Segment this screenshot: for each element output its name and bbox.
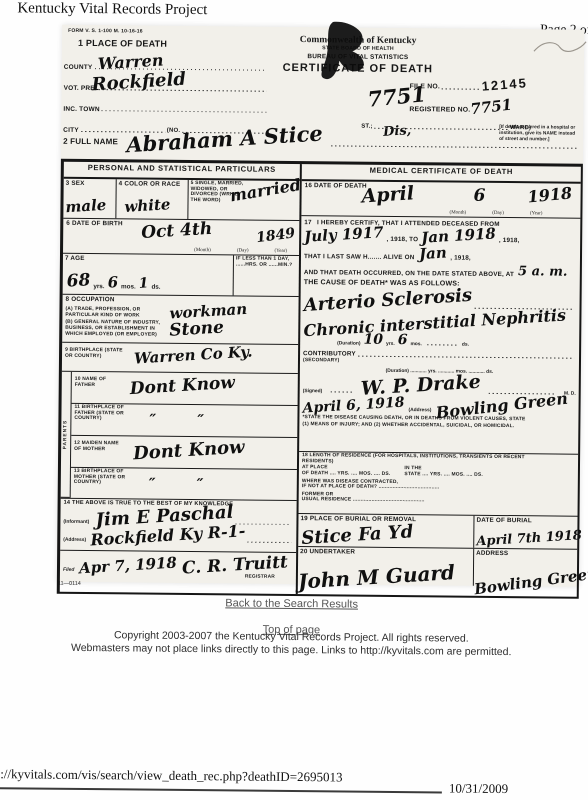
ink-stamp-blob [300,19,387,82]
cause1-handwriting: Arterio Sclerosis [303,287,472,315]
print-footer-rule [0,787,442,793]
print-footer-url: http://kyvitals.com/vis/search/view_deat… [0,766,343,785]
dob-sublabels: (Month) (Day) (Year) [103,247,295,254]
death-occurred-text: and that death occurred, on the date sta… [304,269,514,278]
parents-section: PARENTS 10 NAME OF FATHER Dont Know 11 B… [61,372,298,500]
informant-label: (Informant) [63,520,89,525]
duration-ds-label: ds. [462,343,469,348]
informant-row: 14 THE ABOVE IS TRUE TO THE BEST OF MY K… [60,499,296,553]
age-months-handwriting: 6 [107,275,118,291]
date-of-death-row: 16 DATE OF DEATH April 6 1918 (Month) (D… [301,181,580,219]
month-label: (Month) [194,248,211,253]
sex-cell: 3 SEX male [63,179,115,218]
undertaker-address-label: ADDRESS [476,550,575,558]
yrs-label: yrs. [93,283,104,290]
sign-date-handwriting: April 6, 1918 [302,396,405,416]
day-label: (Day) [237,248,249,253]
occupation-b-label: (b) General nature of industry, business… [65,320,169,338]
scanned-printout: Kentucky Vital Records Project Page 2 of… [0,0,588,800]
sex-handwriting: male [65,198,107,215]
birthplace-handwriting: Warren Co Ky. [134,344,253,366]
medical-column: MEDICAL CERTIFICATE OF DEATH 16 DATE OF … [298,164,581,597]
registered-no-row: Dis, Registered No. 7751 [409,99,581,116]
race-cell: 4 COLOR OR RACE white [115,179,187,219]
file-no-row: File No. 12145 [410,76,582,93]
dod-year-handwriting: 1918 [527,185,573,205]
registered-no-handwriting: 7751 [470,98,513,118]
mother-label: 12 MAIDEN NAME OF MOTHER [74,441,126,453]
undertaker-row: 20 UNDERTAKER John M Guard ADDRESS Bowli… [298,547,577,587]
attended-to-suffix: , 1918, [499,237,520,244]
inc-town-row: Inc. Town [63,92,268,115]
of-death-label: of death .... yrs. .... mos. .... ds. [302,471,391,477]
age-cell: 7 AGE 68 yrs. 6 mos. 1 ds. [63,254,233,296]
sex-race-marital-row: 3 SEX male 4 COLOR OR RACE white 5 SINGL… [63,179,299,221]
month-label: (Month) [450,210,467,215]
age-label: 7 AGE [65,255,231,264]
death-certificate-scan: FORM V. S. 1-100 M. 10-16-16 1 PLACE OF … [57,25,584,587]
duration-yrs-label: yrs. [386,342,395,347]
age-years-handwriting: 68 [66,272,91,290]
certify-block: 17 I HEREBY CERTIFY, That I attended dec… [299,216,580,455]
dob-handwriting: Oct 4th [141,221,213,242]
father-label: 10 NAME OF FATHER [75,377,123,389]
birthplace-label: 9 BIRTHPLACE (State or country) [65,348,129,360]
cause-footnote-2: (1) MEANS OF INJURY; and (2) whether ACC… [302,422,575,431]
dotted-line [331,145,577,148]
burial-date-cell: DATE OF BURIAL April 7th 1918 [473,516,577,549]
former-label-2: usual residence ........................… [302,498,575,506]
form-number: FORM V. S. 1-100 M. 10-16-16 [68,29,143,35]
state-line-label: State .... yrs. .... mos. .... ds. [404,472,483,478]
mother-birthplace-label: 13 BIRTHPLACE OF MOTHER (State or countr… [74,469,134,486]
copyright-block: Copyright 2003-2007 the Kentucky Vital R… [0,628,585,660]
mother-birthplace-ditto: ″ ″ [149,477,204,493]
mother-handwriting: Dont Know [133,439,245,464]
full-name-handwriting: Abraham A Stice [126,122,324,155]
dotted-line [247,542,291,543]
father-birthplace-label: 11 BIRTHPLACE OF FATHER (State or countr… [74,405,134,422]
father-birthplace-ditto: ″ ″ [149,413,204,429]
dod-month-handwriting: April [361,184,415,206]
last-saw-suffix: , 1918, [450,254,471,261]
attended-from-handwriting: July 1917 [304,225,384,245]
certificate-body: PERSONAL AND STATISTICAL PARTICULARS 3 S… [57,159,583,599]
age-days-handwriting: 1 [138,276,149,291]
duration-mos-label: mos. [410,342,421,347]
print-header-title: Kentucky Vital Records Project [17,0,207,19]
ds-label: ds. [151,284,160,291]
dod-sublabels: (Month) (Day) (Year) [391,210,550,217]
duration-label: (Duration) [337,342,360,347]
year-label: (Year) [530,211,543,216]
precinct-row: Vot. Pre. Rockfield [64,71,269,94]
occupation-row: 8 OCCUPATION (a) Trade, profession, or p… [62,295,298,345]
dotted-line [330,392,352,393]
father-birthplace-row: 11 BIRTHPLACE OF FATHER (State or countr… [71,404,297,438]
dotted-line [102,110,267,113]
father-name-row: 10 NAME OF FATHER Dont Know [72,372,298,406]
dotted-line [442,88,480,89]
parents-side-label: PARENTS [63,419,68,449]
last-saw-prefix: that I last saw h....... alive on [304,253,415,261]
personal-column: PERSONAL AND STATISTICAL PARTICULARS 3 S… [60,162,302,594]
if-less-cell: IF LESS than 1 day, ......hrs. or ......… [233,255,299,296]
mother-name-row: 12 MAIDEN NAME OF MOTHER Dont Know [71,436,297,470]
sex-label: 3 SEX [66,180,114,188]
file-no-stamp: 12145 [481,75,528,94]
undertaker-address-handwriting: Bowling Green [473,566,588,597]
year-label: (Year) [274,249,287,254]
dotted-line [427,345,457,346]
attended-to-handwriting: Jan 1918 [421,227,496,246]
burial-place-handwriting: Stice Fa Yd [301,523,414,548]
burial-date-label: DATE OF BURIAL [476,517,575,525]
occupation-b-handwriting: Stone [169,320,225,340]
age-row: 7 AGE 68 yrs. 6 mos. 1 ds. IF LESS than … [63,254,299,297]
undertaker-address-cell: ADDRESS Bowling Green [473,549,577,587]
dod-day-handwriting: 6 [473,188,485,205]
undertaker-label: 20 UNDERTAKER [300,548,471,557]
mother-birthplace-row: 13 BIRTHPLACE OF MOTHER (State or countr… [71,468,297,500]
father-handwriting: Dont Know [129,375,235,398]
duration-months-handwriting: 6 [398,333,408,347]
back-to-search-results-link[interactable]: Back to the Search Results [225,597,358,610]
burial-row: 19 PLACE OF BURIAL OR REMOVAL Stice Fa Y… [298,514,577,550]
last-saw-handwriting: Jan [418,246,447,263]
certificate-header: FORM V. S. 1-100 M. 10-16-16 1 PLACE OF … [61,25,584,164]
contracted-label-2: if not at place of death? ..............… [302,484,575,492]
filing-block: File No. 12145 Dis, Registered No. 7751 … [409,76,581,116]
residence-row: 18 LENGTH OF RESIDENCE (FOR HOSPITALS, I… [299,452,579,517]
race-handwriting: white [124,197,171,215]
registered-no-label: Registered No. [409,106,470,114]
file-no-label: File No. [410,83,440,91]
filed-label: Filed [63,568,74,573]
signed-label: (Signed) [303,389,323,394]
undertaker-handwriting: John M Guard [297,562,455,591]
filed-row: Filed Apr 7, 1918 C. R. Truitt REGISTRAR [60,551,296,594]
residence-title: 18 LENGTH OF RESIDENCE (FOR HOSPITALS, I… [302,453,552,467]
print-footer-date: 10/31/2009 [449,781,508,798]
dob-year-handwriting: 1849 [255,226,295,245]
place-of-death-block: 1 PLACE OF DEATH County Warren Vot. Pre.… [63,38,269,136]
pencil-mark [530,31,588,62]
race-label: 4 COLOR OR RACE [119,180,186,188]
birthplace-row: 9 BIRTHPLACE (State or country) Warren C… [62,343,298,374]
full-name-label: 2 FULL NAME [63,137,118,147]
mos-label: mos. [121,283,136,290]
if-less-label: IF LESS than 1 day, ......hrs. or ......… [236,256,297,268]
address-label: (Address) [408,408,431,413]
contributory-label: Contributory [303,350,356,358]
day-label: (Day) [492,211,504,216]
marital-cell: 5 SINGLE, MARRIED, WIDOWED, OR DIVORCED … [187,180,299,220]
burial-date-handwriting: April 7th 1918 [476,529,582,548]
death-time-handwriting: 5 a. m. [518,265,567,278]
informant-address-label: (Address) [63,538,86,543]
occupation-a-label: (a) Trade, profession, or particular kin… [65,307,169,319]
place-of-death-title: 1 PLACE OF DEATH [78,38,269,50]
date-of-birth-row: 6 DATE OF BIRTH Oct 4th 1849 (Month) (Da… [63,219,299,256]
burial-place-cell: 19 PLACE OF BURIAL OR REMOVAL Stice Fa Y… [298,514,473,548]
full-name-row: 2 FULL NAME Abraham A Stice [63,127,579,151]
undertaker-cell: 20 UNDERTAKER John M Guard [298,547,473,586]
attended-from-suffix: , 1918, to [387,236,419,244]
